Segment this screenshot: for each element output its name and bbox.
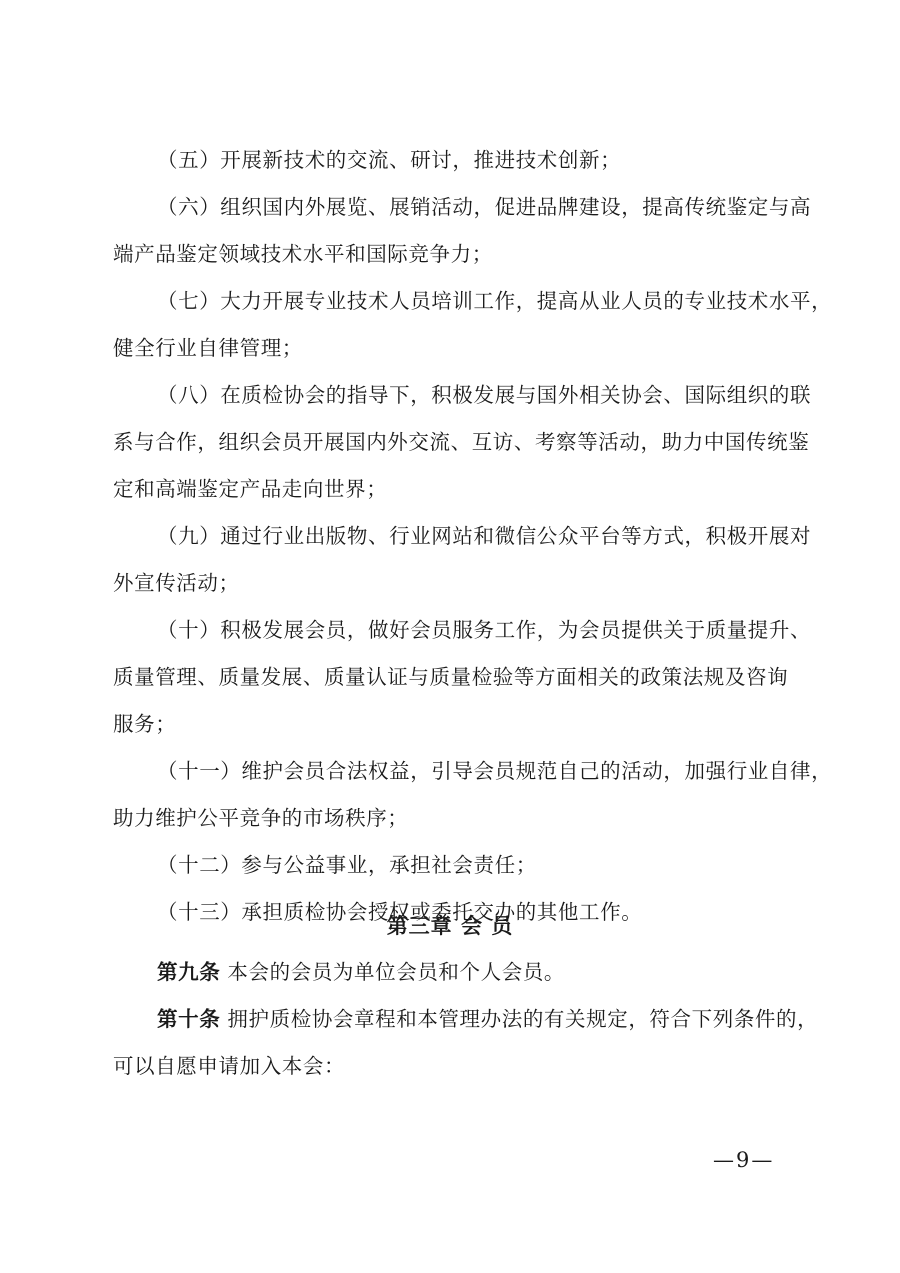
article-10-label: 第十条: [157, 1007, 220, 1031]
text-line: 端产品鉴定领域技术水平和国际竞争力；: [113, 240, 793, 268]
text-line: （六）组织国内外展览、展销活动，促进品牌建设，提高传统鉴定与高: [157, 193, 837, 221]
page-number: —9—: [713, 1146, 774, 1174]
text-line: 健全行业自律管理；: [113, 334, 793, 362]
text-line: 外宣传活动；: [113, 569, 793, 597]
chapter-heading: 第三章 会 员: [0, 912, 900, 940]
text-line: （十）积极发展会员，做好会员服务工作，为会员提供关于质量提升、: [157, 616, 837, 644]
text-line: （八）在质检协会的指导下，积极发展与国外相关协会、国际组织的联: [157, 381, 837, 409]
text-line: 服务；: [113, 710, 793, 738]
article-10-text: 拥护质检协会章程和本管理办法的有关规定，符合下列条件的，: [220, 1007, 818, 1031]
article-9: 第九条 本会的会员为单位会员和个人会员。: [157, 958, 837, 986]
text-line: （七）大力开展专业技术人员培训工作，提高从业人员的专业技术水平，: [157, 287, 837, 315]
text-line: （十一）维护会员合法权益，引导会员规范自己的活动，加强行业自律，: [157, 757, 837, 785]
document-page: （五）开展新技术的交流、研讨，推进技术创新；（六）组织国内外展览、展销活动，促进…: [0, 0, 900, 1273]
text-line: 助力维护公平竞争的市场秩序；: [113, 804, 793, 832]
text-line: （十二）参与公益事业，承担社会责任；: [157, 851, 837, 879]
text-line: 质量管理、质量发展、质量认证与质量检验等方面相关的政策法规及咨询: [113, 663, 793, 691]
article-10-continuation: 可以自愿申请加入本会：: [113, 1052, 793, 1080]
article-9-label: 第九条: [157, 960, 220, 984]
article-10: 第十条 拥护质检协会章程和本管理办法的有关规定，符合下列条件的，: [157, 1005, 837, 1033]
text-line: 系与合作，组织会员开展国内外交流、互访、考察等活动，助力中国传统鉴: [113, 428, 793, 456]
text-line: 定和高端鉴定产品走向世界；: [113, 475, 793, 503]
text-line: （九）通过行业出版物、行业网站和微信公众平台等方式，积极开展对: [157, 522, 837, 550]
text-line: （五）开展新技术的交流、研讨，推进技术创新；: [157, 146, 837, 174]
article-9-text: 本会的会员为单位会员和个人会员。: [220, 960, 565, 984]
